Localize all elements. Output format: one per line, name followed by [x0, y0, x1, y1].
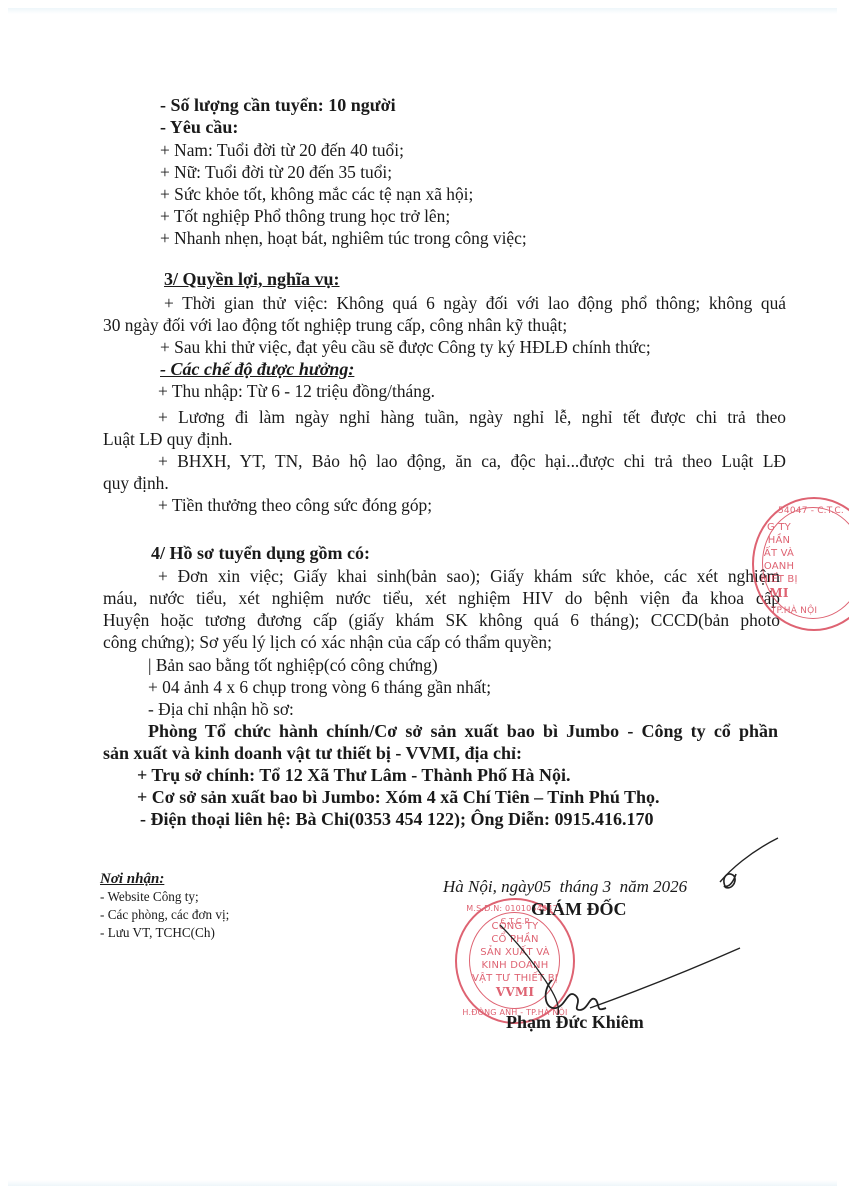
- recipient-item: - Các phòng, các đơn vị;: [100, 906, 229, 923]
- docs-line-2: máu, nước tiểu, xét nghiệm nước tiểu, xé…: [103, 588, 780, 609]
- requirement-item: + Nam: Tuổi đời từ 20 đến 40 tuổi;: [160, 140, 404, 161]
- handwritten-signature: [440, 830, 790, 1030]
- side-company-stamp: 54047 - C.T.C. G TY HẦN ẤT VÀ OANH HIẾT …: [752, 497, 849, 631]
- section3-heading: 3/ Quyền lợi, nghĩa vụ:: [164, 269, 340, 290]
- docs-line-4: công chứng); Sơ yếu lý lịch có xác nhận …: [103, 632, 552, 653]
- scan-edge-top: [8, 8, 837, 14]
- contact-phone: - Điện thoại liên hệ: Bà Chi(0353 454 12…: [140, 809, 654, 830]
- side-stamp-line: OANH: [684, 560, 849, 573]
- office-line-1: Phòng Tổ chức hành chính/Cơ sở sản xuất …: [148, 721, 778, 742]
- photos-line: + 04 ảnh 4 x 6 chụp trong vòng 6 tháng g…: [148, 677, 491, 698]
- side-stamp-line: G TY: [684, 521, 849, 534]
- scan-edge-bottom: [8, 1180, 837, 1186]
- recipient-item: - Lưu VT, TCHC(Ch): [100, 924, 215, 941]
- docs-line-3: Huyện hoặc tương đương cấp (giấy khám SK…: [103, 610, 780, 631]
- recipients-heading: Nơi nhận:: [100, 869, 164, 890]
- bonus-line: + Tiền thưởng theo công sức đóng góp;: [158, 495, 432, 516]
- quantity-line: - Số lượng cần tuyển: 10 người: [160, 95, 396, 116]
- requirements-title: - Yêu cầu:: [160, 117, 238, 138]
- benefits-heading: - Các chế độ được hưởng:: [160, 359, 354, 380]
- side-stamp-line: HIẾT BỊ: [684, 573, 849, 586]
- income-line: + Thu nhập: Từ 6 - 12 triệu đồng/tháng.: [158, 381, 435, 402]
- requirement-item: + Nữ: Tuổi đời từ 20 đến 35 tuổi;: [160, 162, 392, 183]
- hq-address: + Trụ sở chính: Tổ 12 Xã Thư Lâm - Thành…: [137, 765, 570, 786]
- address-label: - Địa chỉ nhận hồ sơ:: [148, 699, 294, 720]
- side-stamp-line: ẤT VÀ: [684, 547, 849, 560]
- diploma-line: | Bản sao bằng tốt nghiệp(có công chứng): [148, 655, 438, 676]
- recipient-item: - Website Công ty;: [100, 888, 199, 905]
- salary-line-2: Luật LĐ quy định.: [103, 429, 232, 450]
- side-stamp-line: MI: [684, 587, 849, 600]
- side-stamp-line: HẦN: [684, 534, 849, 547]
- insurance-line-1: + BHXH, YT, TN, Bảo hộ lao động, ăn ca, …: [158, 451, 786, 472]
- requirement-item: + Nhanh nhẹn, hoạt bát, nghiêm túc trong…: [160, 228, 527, 249]
- salary-line-1: + Lương đi làm ngày nghỉ hàng tuần, ngày…: [158, 407, 786, 428]
- factory-address: + Cơ sở sản xuất bao bì Jumbo: Xóm 4 xã …: [137, 787, 660, 808]
- probation-line-1: + Thời gian thử việc: Không quá 6 ngày đ…: [164, 293, 786, 314]
- contract-line: + Sau khi thử việc, đạt yêu cầu sẽ được …: [160, 337, 651, 358]
- requirement-item: + Tốt nghiệp Phổ thông trung học trở lên…: [160, 206, 450, 227]
- side-stamp-ring-text: 54047 - C.T.C.: [748, 505, 849, 518]
- side-stamp-ring-bottom: TP.HÀ NỘI: [714, 605, 849, 618]
- requirement-item: + Sức khỏe tốt, không mắc các tệ nạn xã …: [160, 184, 473, 205]
- section4-heading: 4/ Hồ sơ tuyển dụng gồm có:: [151, 543, 370, 564]
- office-line-2: sản xuất và kinh doanh vật tư thiết bị -…: [103, 743, 522, 764]
- insurance-line-2: quy định.: [103, 473, 169, 494]
- probation-line-2: 30 ngày đối với lao động tốt nghiệp trun…: [103, 315, 567, 336]
